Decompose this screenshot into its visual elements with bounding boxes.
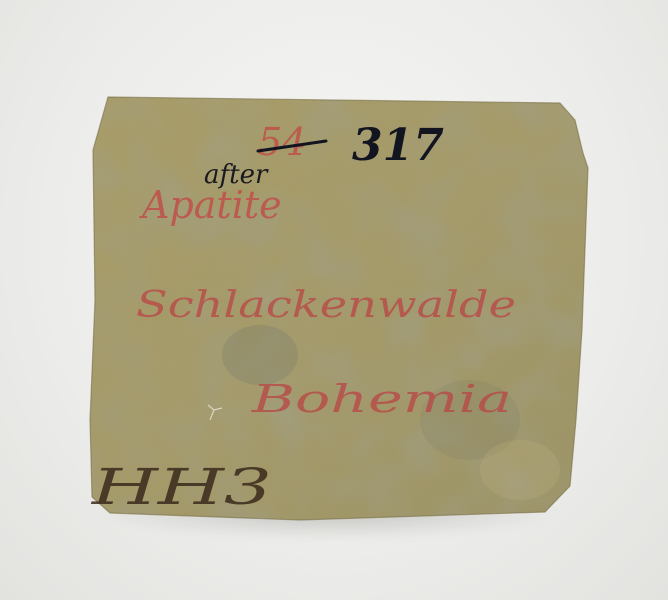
mineral-name: Apatite [139,183,282,227]
specimen-code: HH3 [90,458,272,516]
specimen-label: 54 317 after Apatite Schlackenwalde Bohe… [0,0,668,600]
old-number: 54 [258,120,306,164]
catalog-number: 317 [352,120,444,171]
locality: Schlackenwalde [136,285,516,326]
photo-scene: 54 317 after Apatite Schlackenwalde Bohe… [0,0,668,600]
region: Bohemia [250,377,512,421]
